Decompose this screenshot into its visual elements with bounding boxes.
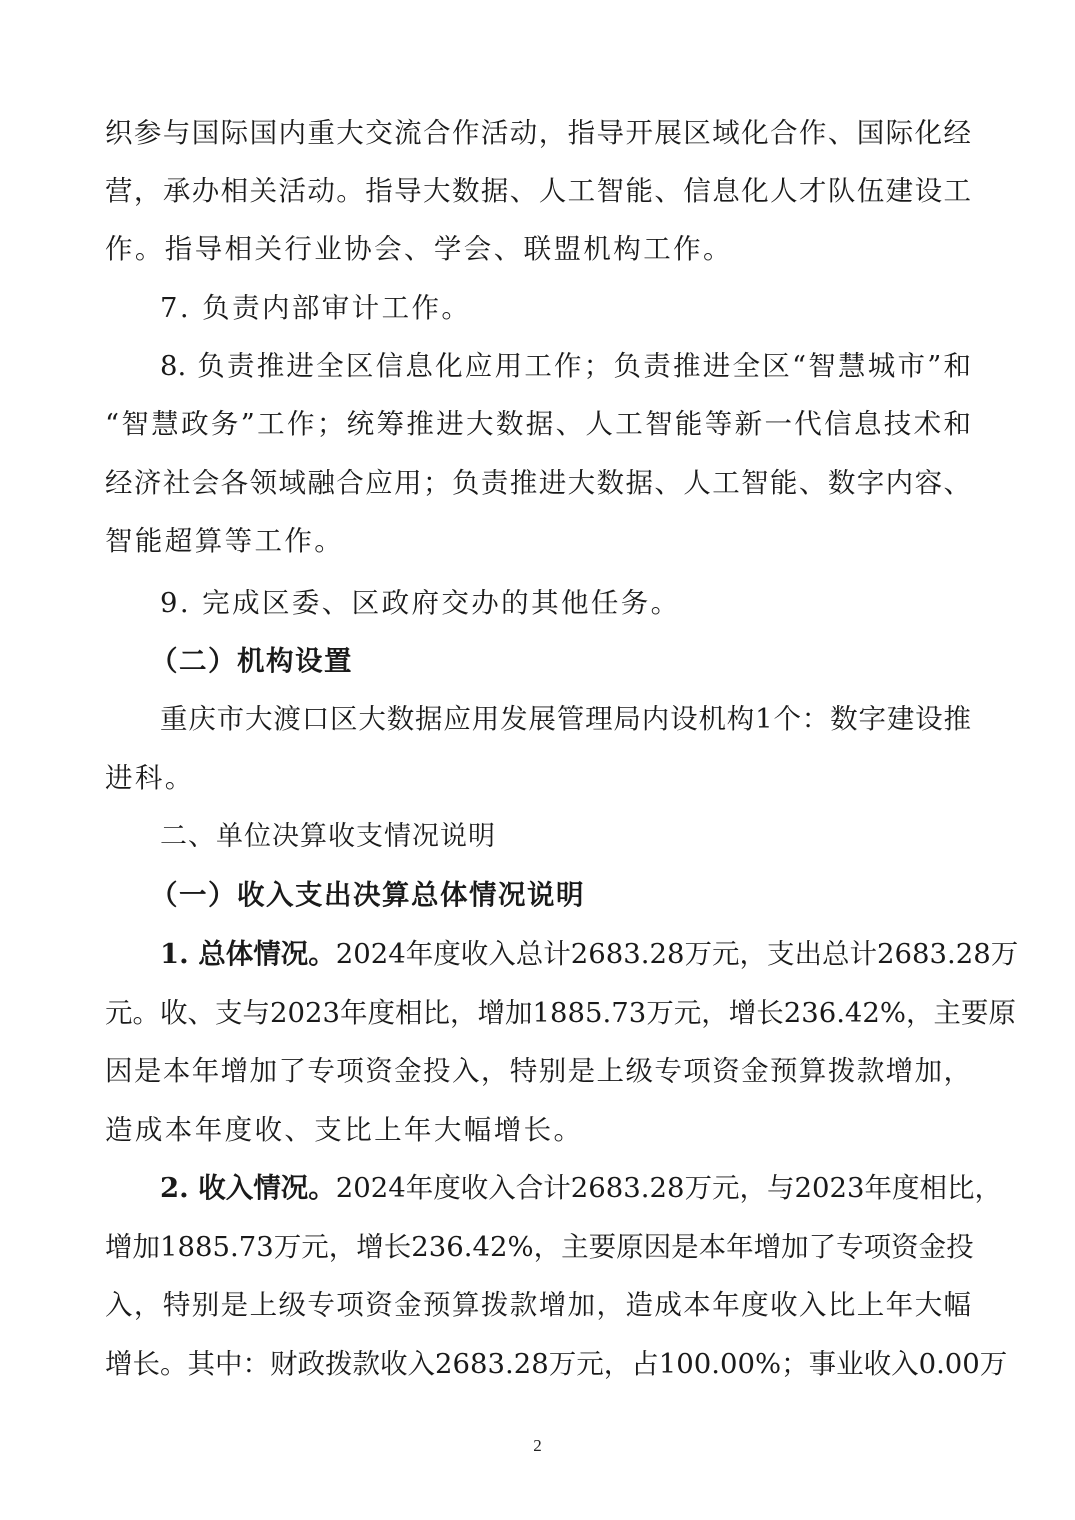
paragraph-text: 2024年度收入合计2683.28万元，与2023年度相比， bbox=[336, 1172, 1002, 1204]
body-text-line: 织参与国际国内重大交流合作活动，指导开展区域化合作、国际化经 bbox=[105, 113, 971, 153]
body-text-line: 增加1885.73万元，增长236.42%，主要原因是本年增加了专项资金投 bbox=[105, 1227, 971, 1267]
paragraph-text: 2024年度收入总计2683.28万元，支出总计2683.28万 bbox=[336, 938, 1018, 970]
body-text-line: 经济社会各领域融合应用；负责推进大数据、人工智能、数字内容、 bbox=[105, 463, 971, 503]
body-text-line: 营，承办相关活动。指导大数据、人工智能、信息化人才队伍建设工 bbox=[105, 171, 971, 211]
body-text-line: “智慧政务”工作；统筹推进大数据、人工智能等新一代信息技术和 bbox=[105, 404, 971, 444]
body-text-line: 智能超算等工作。 bbox=[105, 521, 971, 561]
body-text-line: 因是本年增加了专项资金投入，特别是上级专项资金预算拨款增加， bbox=[105, 1051, 971, 1091]
paragraph-lead: 2. 收入情况。 bbox=[160, 1172, 336, 1204]
body-text-line: 进科。 bbox=[105, 758, 971, 798]
body-text-line: 入，特别是上级专项资金预算拨款增加，造成本年度收入比上年大幅 bbox=[105, 1285, 971, 1325]
body-text-line: 作。指导相关行业协会、学会、联盟机构工作。 bbox=[105, 229, 971, 269]
paragraph-overall-summary: 1. 总体情况。2024年度收入总计2683.28万元，支出总计2683.28万 bbox=[160, 934, 971, 974]
chapter-heading-budget: 二、单位决算收支情况说明 bbox=[160, 817, 971, 857]
section-heading-org-setup: （二）机构设置 bbox=[150, 641, 961, 681]
body-text-line: 增长。其中：财政拨款收入2683.28万元，占100.00%；事业收入0.00万 bbox=[105, 1344, 971, 1384]
body-text-line: 重庆市大渡口区大数据应用发展管理局内设机构1个：数字建设推 bbox=[160, 699, 971, 739]
document-page: 织参与国际国内重大交流合作活动，指导开展区域化合作、国际化经 营，承办相关活动。… bbox=[0, 0, 1075, 1520]
list-item-7: 7. 负责内部审计工作。 bbox=[160, 288, 971, 328]
section-heading-overall: （一）收入支出决算总体情况说明 bbox=[150, 875, 961, 915]
paragraph-lead: 1. 总体情况。 bbox=[160, 938, 336, 970]
body-text-line: 造成本年度收、支比上年大幅增长。 bbox=[105, 1110, 971, 1150]
list-item-9: 9. 完成区委、区政府交办的其他任务。 bbox=[160, 583, 971, 623]
paragraph-income-summary: 2. 收入情况。2024年度收入合计2683.28万元，与2023年度相比， bbox=[160, 1168, 971, 1208]
list-item-8: 8. 负责推进全区信息化应用工作；负责推进全区“智慧城市”和 bbox=[160, 346, 971, 386]
page-number: 2 bbox=[0, 1436, 1075, 1456]
body-text-line: 元。收、支与2023年度相比，增加1885.73万元，增长236.42%，主要原 bbox=[105, 993, 971, 1033]
